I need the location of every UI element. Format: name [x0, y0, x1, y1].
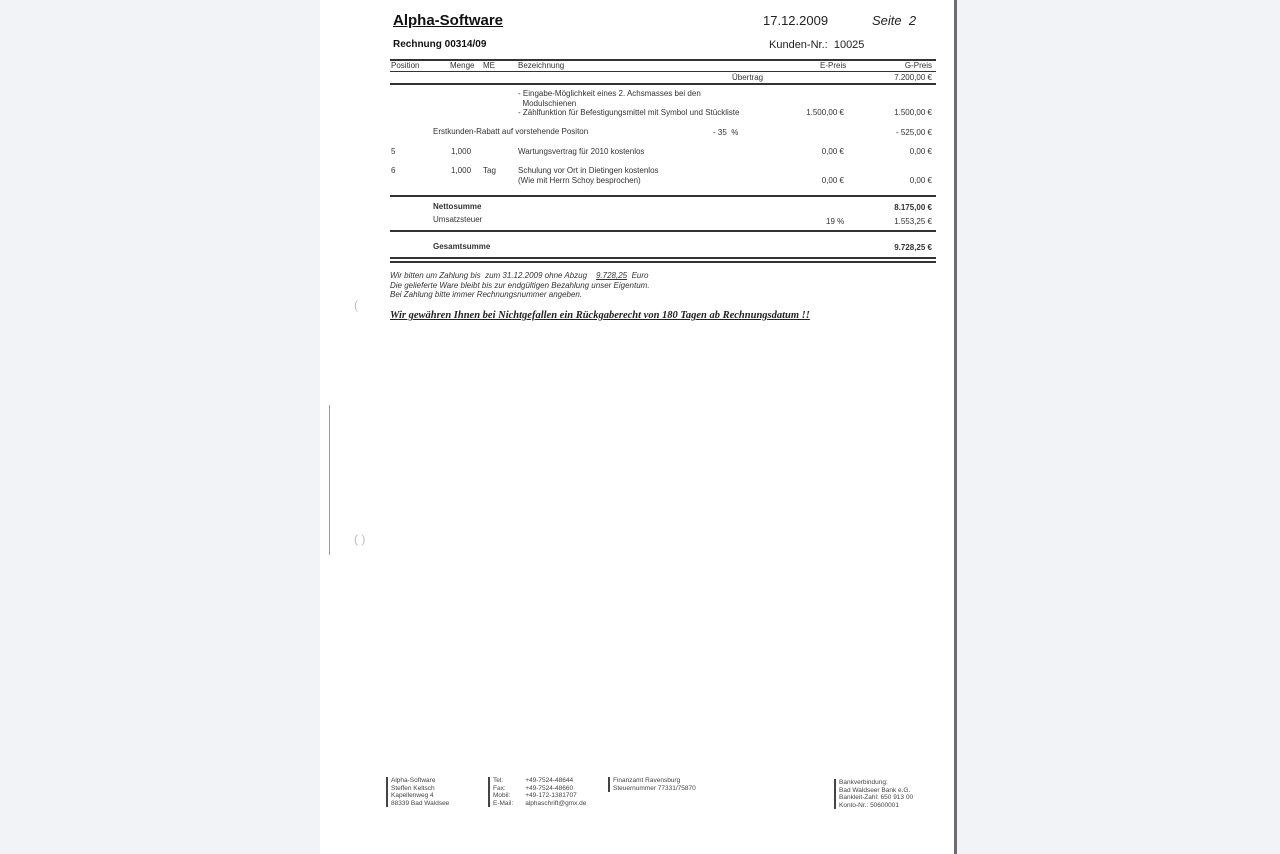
col-unit: ME — [483, 61, 495, 70]
footer-address: Alpha-Software Steffen Keltsch Kapellenw… — [386, 777, 449, 807]
divider — [390, 71, 936, 72]
item-unit-price: 0,00 € — [822, 147, 844, 156]
customer-number: Kunden-Nr.: 10025 — [769, 39, 864, 51]
item-total-price: 1.500,00 € — [894, 108, 932, 117]
item-unit: Tag — [483, 166, 496, 175]
divider — [390, 230, 936, 232]
invoice-page: Alpha-Software 17.12.2009 Seite 2 Rechnu… — [320, 0, 957, 854]
footer-tax: Finanzamt Ravensburg Steuernummer 77331/… — [608, 777, 696, 792]
col-position: Position — [391, 61, 419, 70]
col-unit-price: E-Preis — [820, 61, 846, 70]
invoice-number-remark: Bei Zahlung bitte immer Rechnungsnummer … — [390, 290, 582, 299]
col-quantity: Menge — [450, 61, 474, 70]
item-description: Schulung vor Ort in Dietingen kostenlos … — [518, 166, 659, 186]
divider — [390, 261, 936, 263]
divider — [390, 195, 936, 197]
punch-hole-mark: ( ) — [354, 532, 365, 546]
item-quantity: 1,000 — [451, 147, 471, 156]
item-position: 5 — [391, 147, 395, 156]
net-value: 8.175,00 € — [894, 203, 932, 212]
carryover-label: Übertrag — [732, 73, 763, 82]
item-unit-price: 0,00 € — [822, 176, 844, 185]
item-total-price: 0,00 € — [910, 176, 932, 185]
ownership-remark: Die gelieferte Ware bleibt bis zur endgü… — [390, 281, 650, 290]
footer-contact: Tel: Fax: Mobil: E-Mail: +49-7524-48644 … — [488, 777, 586, 807]
discount-value: - 525,00 € — [896, 128, 932, 137]
payment-amount: 9.728,25 — [596, 271, 627, 280]
customer-value: 10025 — [834, 39, 865, 51]
col-total-price: G-Preis — [905, 61, 932, 70]
divider — [390, 83, 936, 85]
item-position: 6 — [391, 166, 395, 175]
divider — [390, 257, 936, 259]
payment-remark: Wir bitten um Zahlung bis zum 31.12.2009… — [390, 271, 648, 280]
discount-label: Erstkunden-Rabatt auf vorstehende Posito… — [433, 127, 588, 136]
invoice-date: 17.12.2009 — [763, 13, 828, 28]
invoice-number: Rechnung 00314/09 — [393, 39, 486, 50]
company-name: Alpha-Software — [393, 12, 503, 29]
item-description: - Eingabe-Möglichkeit eines 2. Achsmasse… — [518, 89, 739, 118]
item-quantity: 1,000 — [451, 166, 471, 175]
vat-rate: 19 % — [826, 217, 844, 226]
footer-bank: Bankverbindung: Bad Waldseer Bank e.G. B… — [834, 779, 913, 809]
col-description: Bezeichnung — [518, 61, 564, 70]
item-unit-price: 1.500,00 € — [806, 108, 844, 117]
footer-email: alphaschrift@gmx.de — [525, 800, 586, 808]
carryover-value: 7.200,00 € — [894, 73, 932, 82]
vat-value: 1.553,25 € — [894, 217, 932, 226]
scan-mark: ( — [354, 298, 358, 312]
discount-percent: - 35 % — [713, 128, 738, 137]
item-description: Wartungsvertrag für 2010 kostenlos — [518, 147, 644, 156]
net-label: Nettosumme — [433, 202, 481, 211]
gross-label: Gesamtsumme — [433, 242, 490, 251]
scan-edge-line — [329, 405, 330, 555]
item-total-price: 0,00 € — [910, 147, 932, 156]
gross-value: 9.728,25 € — [894, 243, 932, 252]
customer-label: Kunden-Nr.: — [769, 39, 828, 51]
return-policy: Wir gewähren Ihnen bei Nichtgefallen ein… — [390, 310, 810, 321]
page-number: Seite 2 — [872, 13, 916, 28]
vat-label: Umsatzsteuer — [433, 215, 482, 224]
